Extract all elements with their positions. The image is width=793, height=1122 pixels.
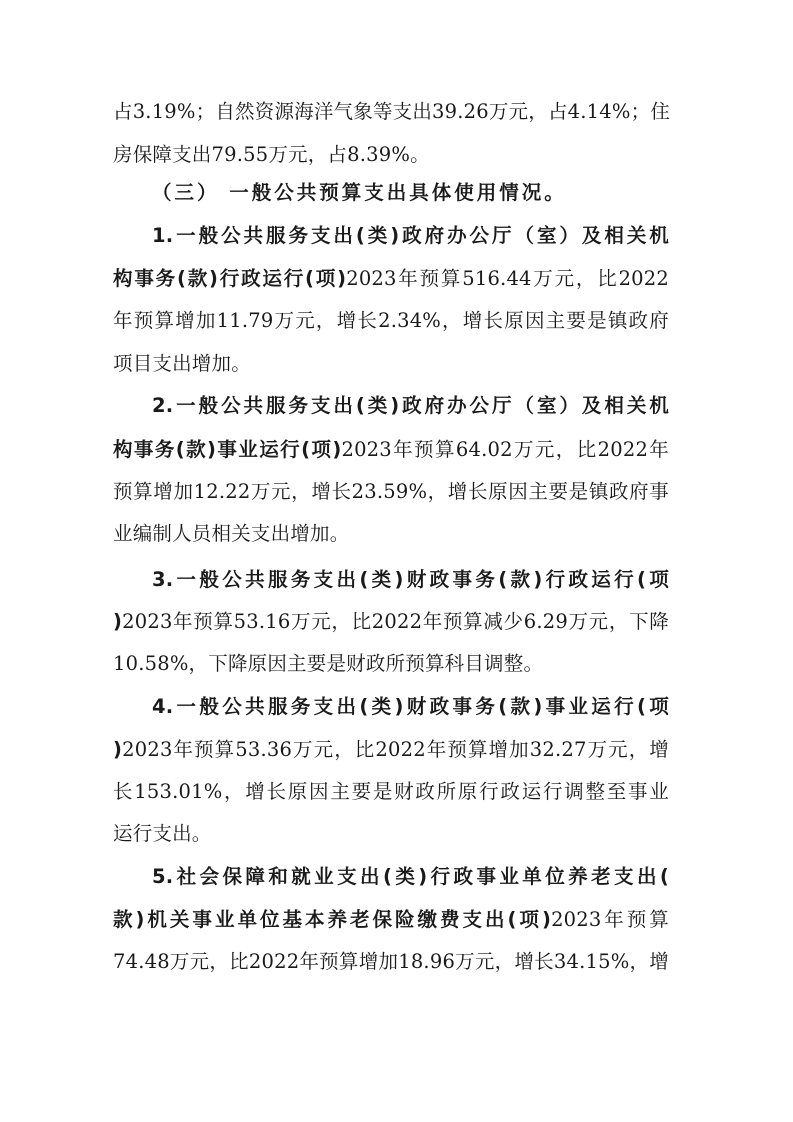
line-text: 2023年预算516.44万元，比2022 xyxy=(346,267,669,290)
item-4-title: 4.一般公共服务支出(类)财政事务(款)事业运行(项 xyxy=(113,686,669,728)
item-3-title: 3.一般公共服务支出(类)财政事务(款)行政运行(项 xyxy=(113,559,669,601)
item-title-text: 款)机关事业单位基本养老保险缴费支出(项) xyxy=(113,908,551,931)
item-5-title: 5.社会保障和就业支出(类)行政事业单位养老支出( xyxy=(113,856,669,898)
item-title-text: 2.一般公共服务支出(类)政府办公厅（室）及相关机 xyxy=(152,394,669,417)
line-text: 74.48万元，比2022年预算增加18.96万元，增长34.15%，增 xyxy=(113,950,669,973)
paragraph-line: 构事务(款)事业运行(项)2023年预算64.02万元，比2022年 xyxy=(113,429,669,471)
item-title-text: 3.一般公共服务支出(类)财政事务(款)行政运行(项 xyxy=(152,568,669,591)
item-title-text: ) xyxy=(113,738,122,761)
paragraph-line: 业编制人员相关支出增加。 xyxy=(113,513,669,555)
item-title-text: 构事务(款)行政运行(项) xyxy=(113,267,346,290)
item-title-text: 5.社会保障和就业支出(类)行政事业单位养老支出( xyxy=(152,865,669,888)
line-text: 项目支出增加。 xyxy=(113,352,251,375)
paragraph-line: 10.58%，下降原因主要是财政所预算科目调整。 xyxy=(113,643,669,685)
paragraph-line: 款)机关事业单位基本养老保险缴费支出(项)2023年预算 xyxy=(113,899,669,941)
line-text: 2023年预算53.16万元，比2022年预算减少6.29万元，下降 xyxy=(122,610,669,633)
item-title-text: 4.一般公共服务支出(类)财政事务(款)事业运行(项 xyxy=(152,695,669,718)
section-heading: （三） 一般公共预算支出具体使用情况。 xyxy=(113,172,669,214)
item-2-title: 2.一般公共服务支出(类)政府办公厅（室）及相关机 xyxy=(113,385,669,427)
line-text: 业编制人员相关支出增加。 xyxy=(113,522,349,545)
line-text: 房保障支出79.55万元，占8.39%。 xyxy=(113,143,430,166)
line-text: 长153.01%，增长原因主要是财政所原行政运行调整至事业 xyxy=(113,780,669,803)
paragraph-line: 构事务(款)行政运行(项)2023年预算516.44万元，比2022 xyxy=(113,258,669,300)
line-text: 运行支出。 xyxy=(113,822,212,845)
item-title-text: ) xyxy=(113,610,122,633)
heading-text: （三） 一般公共预算支出具体使用情况。 xyxy=(152,181,567,204)
paragraph-line: 项目支出增加。 xyxy=(113,343,669,385)
line-text: 2023年预算53.36万元，比2022年预算增加32.27万元，增 xyxy=(122,738,669,761)
paragraph-line: )2023年预算53.16万元，比2022年预算减少6.29万元，下降 xyxy=(113,601,669,643)
line-text: 预算增加12.22万元，增长23.59%，增长原因主要是镇政府事 xyxy=(113,480,669,503)
item-title-text: 构事务(款)事业运行(项) xyxy=(113,438,341,461)
item-title-text: 1.一般公共服务支出(类)政府办公厅（室）及相关机 xyxy=(152,224,669,247)
line-text: 占3.19%；自然资源海洋气象等支出39.26万元，占4.14%；住 xyxy=(113,100,670,123)
paragraph-line: )2023年预算53.36万元，比2022年预算增加32.27万元，增 xyxy=(113,729,669,771)
paragraph-line: 长153.01%，增长原因主要是财政所原行政运行调整至事业 xyxy=(113,771,669,813)
line-text: 2023年预算 xyxy=(551,908,669,931)
paragraph-line: 预算增加12.22万元，增长23.59%，增长原因主要是镇政府事 xyxy=(113,471,669,513)
paragraph-line: 运行支出。 xyxy=(113,813,669,855)
line-text: 2023年预算64.02万元，比2022年 xyxy=(341,438,669,461)
paragraph-line: 房保障支出79.55万元，占8.39%。 xyxy=(113,134,669,176)
item-1-title: 1.一般公共服务支出(类)政府办公厅（室）及相关机 xyxy=(113,215,669,257)
paragraph-line: 占3.19%；自然资源海洋气象等支出39.26万元，占4.14%；住 xyxy=(113,91,669,133)
line-text: 10.58%，下降原因主要是财政所预算科目调整。 xyxy=(113,652,543,675)
paragraph-line: 74.48万元，比2022年预算增加18.96万元，增长34.15%，增 xyxy=(113,941,669,983)
line-text: 年预算增加11.79万元，增长2.34%，增长原因主要是镇政府 xyxy=(113,309,669,332)
paragraph-line: 年预算增加11.79万元，增长2.34%，增长原因主要是镇政府 xyxy=(113,300,669,342)
